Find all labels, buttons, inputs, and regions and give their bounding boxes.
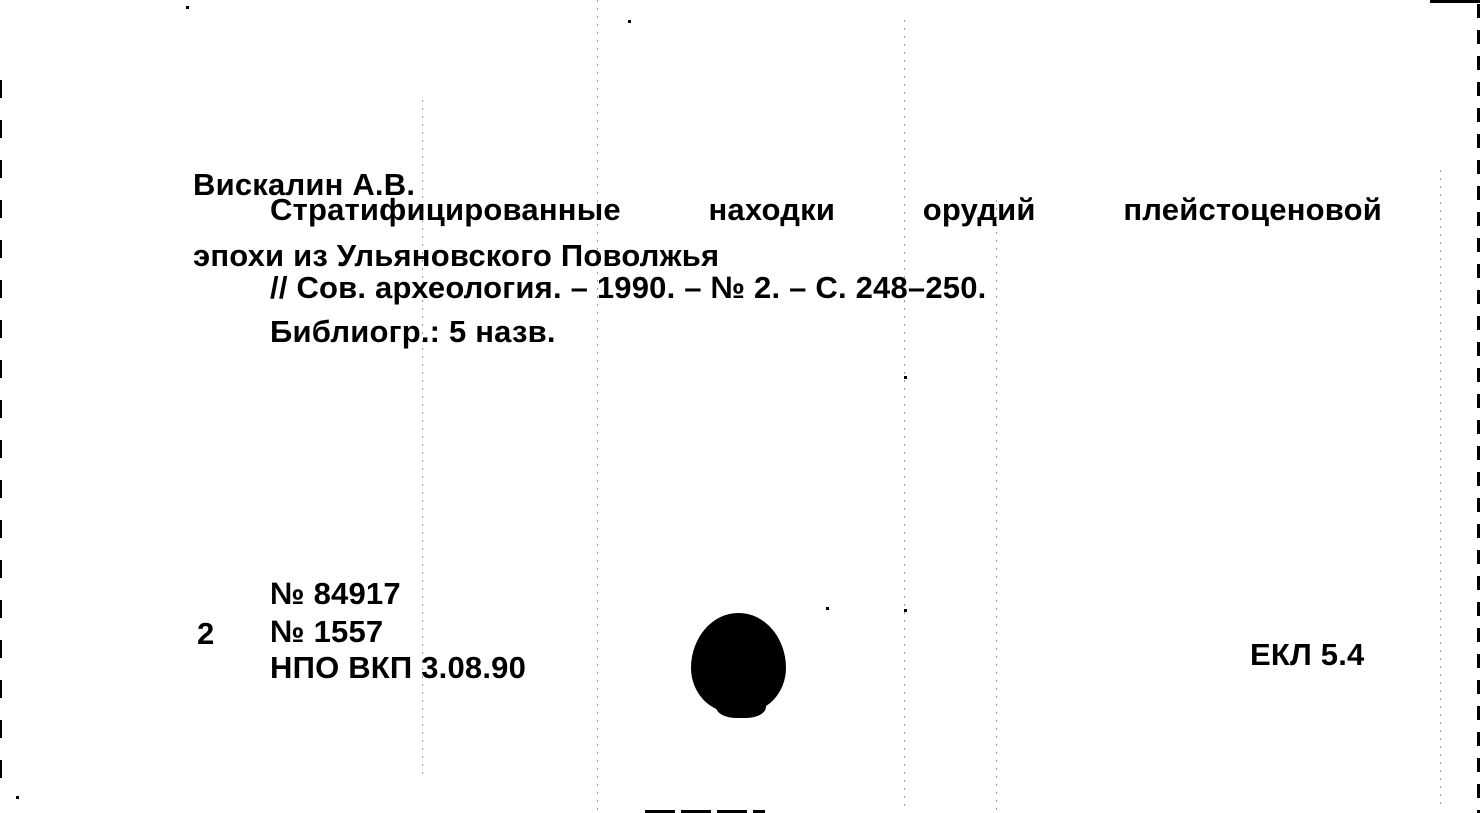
card-border-left [0, 80, 2, 780]
scan-artifact [904, 20, 905, 810]
punch-hole-tail [716, 690, 766, 718]
source-citation: // Сов. археология. – 1990. – № 2. – С. … [270, 270, 987, 306]
scan-artifact [996, 200, 997, 813]
scan-speck [904, 376, 907, 379]
title-word: Стратифицированные [270, 192, 621, 228]
copy-count: 2 [197, 616, 214, 652]
classification-code: ЕКЛ 5.4 [1250, 637, 1364, 673]
title-word: находки [708, 192, 835, 228]
scan-artifact [1440, 170, 1441, 810]
title-word: орудий [923, 192, 1036, 228]
scan-speck [904, 609, 907, 612]
registration-number: № 84917 [270, 576, 401, 612]
issuer-date: НПО ВКП 3.08.90 [270, 650, 526, 686]
title-line-1: Стратифицированные находки орудий плейст… [270, 192, 1382, 228]
catalog-card: Вискалин А.В. Стратифицированные находки… [0, 0, 1480, 813]
bibliography-note: Библиогр.: 5 назв. [270, 314, 556, 350]
scan-speck [826, 607, 829, 610]
card-border-top [1430, 0, 1480, 3]
title-line-2: эпохи из Ульяновского Поволжья [193, 238, 719, 274]
inventory-number: № 1557 [270, 614, 383, 650]
scan-speck [16, 796, 19, 799]
scan-speck [186, 6, 189, 9]
title-word: плейстоценовой [1123, 192, 1382, 228]
scan-speck [628, 20, 631, 23]
scan-artifact [597, 0, 598, 813]
